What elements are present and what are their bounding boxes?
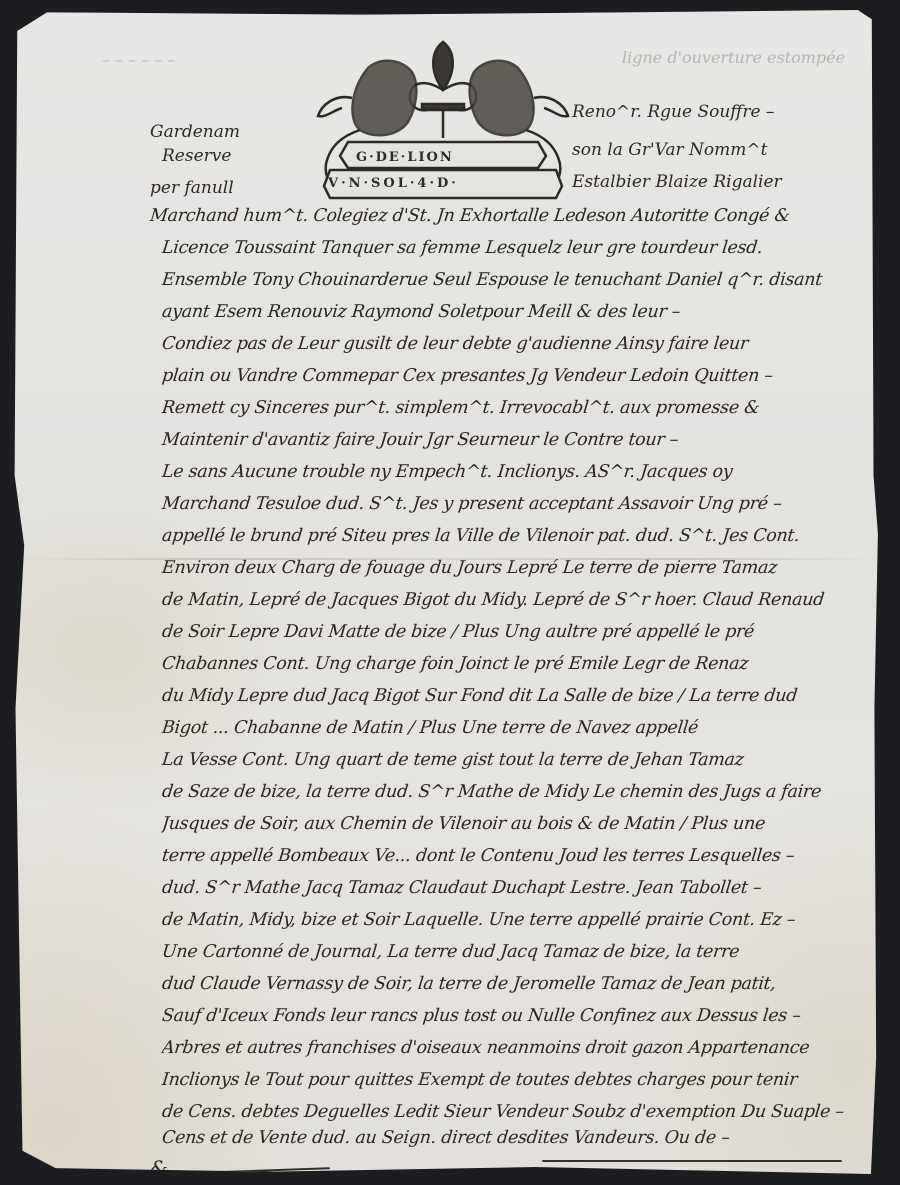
manuscript-line: Marchand Tesuloe dud. S^t. Jes y present… <box>161 494 883 514</box>
manuscript-line: Cens et de Vente dud. au Seign. direct d… <box>161 1128 883 1148</box>
manuscript-line: de Matin, Lepré de Jacques Bigot du Midy… <box>161 590 883 610</box>
manuscript-line: Licence Toussaint Tanquer sa femme Lesqu… <box>161 238 883 258</box>
manuscript-line: de Cens. debtes Deguelles Ledit Sieur Ve… <box>161 1102 883 1122</box>
margin-note: Reserve <box>162 146 231 166</box>
margin-note: Estalbier Blaize Rigalier <box>572 172 782 192</box>
manuscript-line: Condiez pas de Leur gusilt de leur debte… <box>161 334 883 354</box>
manuscript-line: Arbres et autres franchises d'oiseaux ne… <box>161 1038 883 1058</box>
manuscript-line: du Midy Lepre dud Jacq Bigot Sur Fond di… <box>161 686 883 706</box>
manuscript-line: Le sans Aucune trouble ny Empech^t. Incl… <box>161 462 883 482</box>
manuscript-line: Environ deux Charg de fouage du Jours Le… <box>161 558 883 578</box>
manuscript-line: terre appellé Bombeaux Ve... dont le Con… <box>161 846 883 866</box>
manuscript-line: de Saze de bize, la terre dud. S^r Mathe… <box>161 782 883 802</box>
manuscript-line: Maintenir d'avantiz faire Jouir Jgr Seur… <box>161 430 883 450</box>
manuscript-line: plain ou Vandre Commepar Cex presantes J… <box>161 366 883 386</box>
manuscript-line: Une Cartonné de Journal, La terre dud Ja… <box>161 942 883 962</box>
manuscript-line: Remett cy Sinceres pur^t. simplem^t. Irr… <box>161 398 883 418</box>
stamp-text-line1: G·DE·LION <box>356 150 454 165</box>
closing-flourish-line <box>542 1160 842 1162</box>
manuscript-line: Bigot ... Chabanne de Matin / Plus Une t… <box>161 718 883 738</box>
manuscript-line: dud. S^r Mathe Jacq Tamaz Claudaut Ducha… <box>161 878 883 898</box>
margin-note: son la Gr'Var Nomm^t <box>572 140 767 160</box>
manuscript-line: Ensemble Tony Chouinarderue Seul Espouse… <box>161 270 883 290</box>
stamp-text-line2: V·N·SOL·4·D· <box>328 176 459 191</box>
margin-note: Gardenam <box>150 122 240 142</box>
manuscript-line: ayant Esem Renouviz Raymond Soletpour Me… <box>161 302 883 322</box>
faint-note: – – – – – – <box>102 50 175 69</box>
manuscript-line: appellé le brund pré Siteu pres la Ville… <box>161 526 883 546</box>
closing-ampersand: & <box>150 1156 168 1180</box>
scan-background: – – – – – – ligne d'ouverture estompée <box>0 0 900 1185</box>
manuscript-line: La Vesse Cont. Ung quart de teme gist to… <box>161 750 883 770</box>
faint-note: ligne d'ouverture estompée <box>622 48 845 67</box>
manuscript-line: dud Claude Vernassy de Soir, la terre de… <box>161 974 883 994</box>
manuscript-line: Jusques de Soir, aux Chemin de Vilenoir … <box>161 814 883 834</box>
manuscript-line: Sauf d'Iceux Fonds leur rancs plus tost … <box>161 1006 883 1026</box>
manuscript-line: de Matin, Midy, bize et Soir Laquelle. U… <box>161 910 883 930</box>
manuscript-line: Inclionys le Tout pour quittes Exempt de… <box>161 1070 883 1090</box>
manuscript-line: Chabannes Cont. Ung charge foin Joinct l… <box>161 654 883 674</box>
margin-note: Reno^r. Rgue Souffre – <box>572 102 774 122</box>
manuscript-line: de Soir Lepre Davi Matte de bize / Plus … <box>161 622 883 642</box>
closing-flourish-line <box>170 1167 330 1175</box>
margin-note: per fanull <box>150 178 234 198</box>
stamp-seal: G·DE·LION V·N·SOL·4·D· <box>312 38 574 202</box>
manuscript-page: – – – – – – ligne d'ouverture estompée <box>12 10 884 1174</box>
manuscript-line: Marchand hum^t. Colegiez d'St. Jn Exhort… <box>149 206 871 226</box>
